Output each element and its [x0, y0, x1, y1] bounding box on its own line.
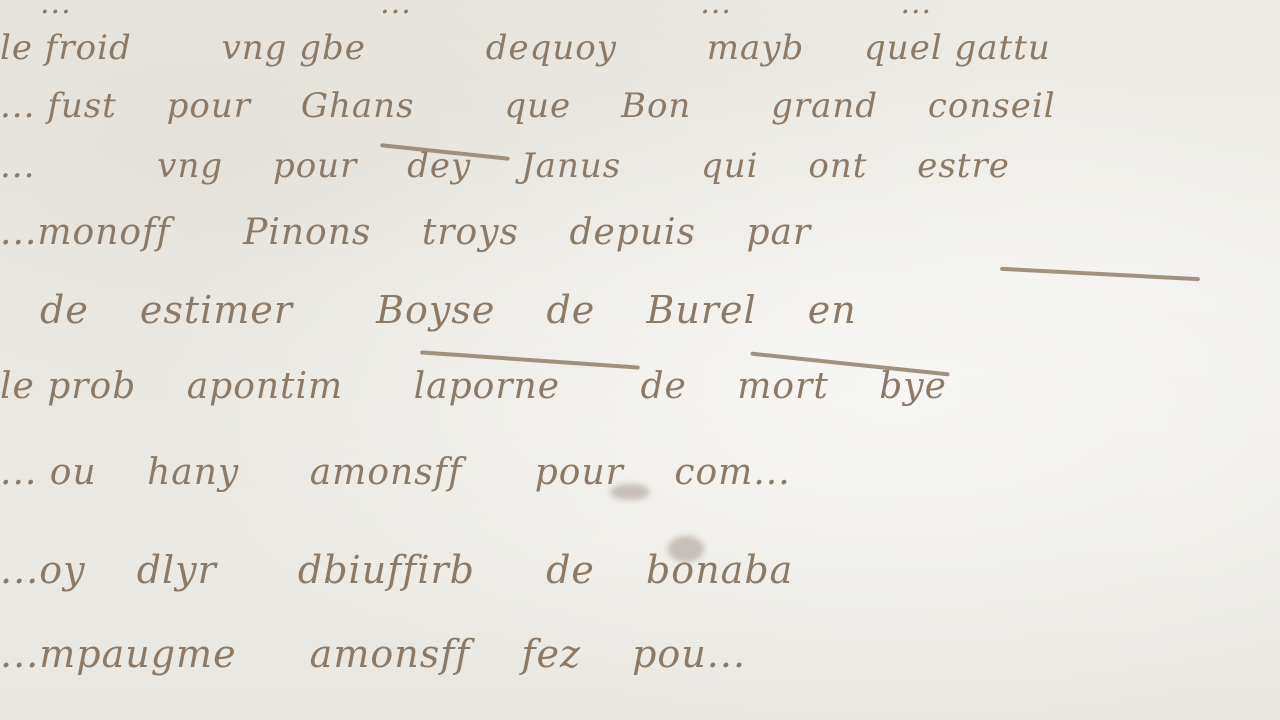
manuscript-line-5: ...monoff Pinons troys depuis par	[0, 212, 849, 253]
manuscript-line-8: ... ou hany amonsff pour com...	[0, 452, 829, 493]
manuscript-photo: ... ... ... ... le froid vng gbe dequoy …	[0, 0, 1280, 720]
ink-stain	[610, 484, 650, 500]
manuscript-line-3: ... fust pour Ghans que Bon grand consei…	[0, 86, 1094, 126]
ink-stain	[668, 536, 704, 562]
manuscript-line-9: ...oy dlyr dbiuffirb de bonaba	[0, 548, 831, 592]
manuscript-line-10: ...mpaugme amonsff fez pou...	[0, 632, 784, 676]
manuscript-line-2: le froid vng gbe dequoy mayb quel gattu	[0, 28, 1089, 68]
manuscript-line-1: ... ... ... ...	[40, 0, 970, 21]
manuscript-line-7: le prob apontim laporne de mort bye	[0, 366, 985, 407]
manuscript-line-6: de estimer Boyse de Burel en	[40, 288, 895, 332]
pen-flourish	[1000, 267, 1200, 281]
manuscript-line-4: ... vng pour dey Janus qui ont estre	[0, 146, 1048, 186]
